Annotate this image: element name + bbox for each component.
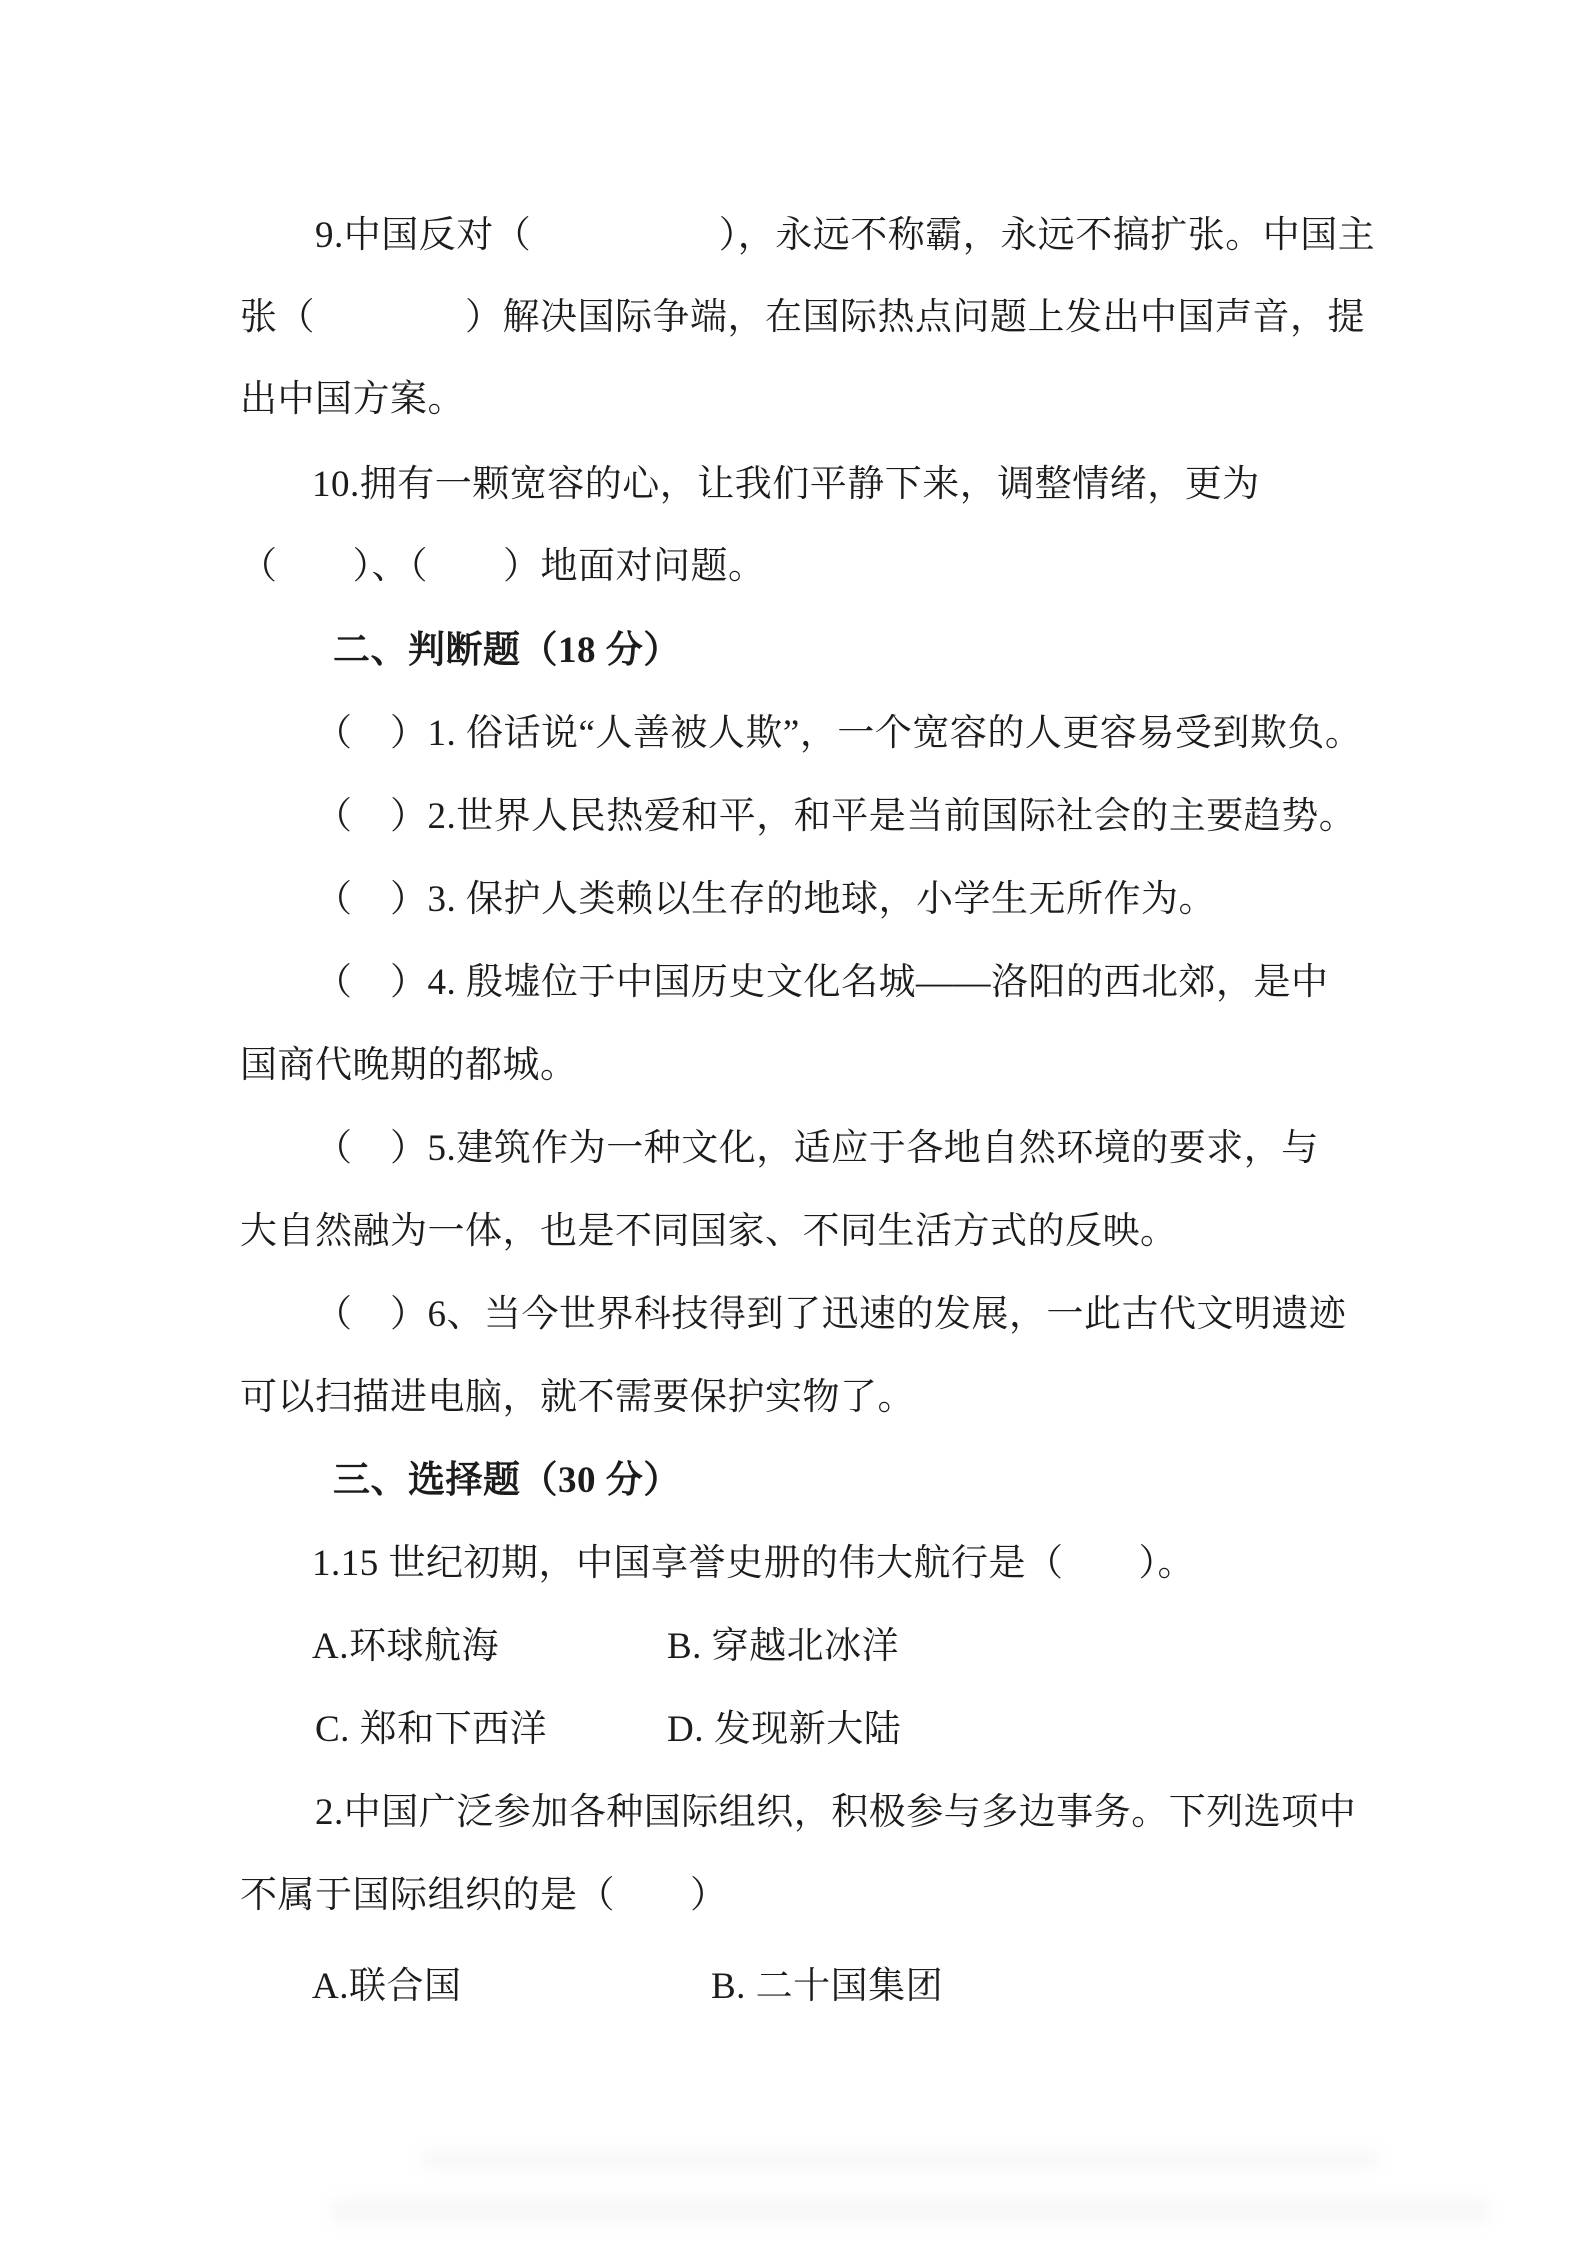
choice-q2-line-1: 2.中国广泛参加各种国际组织，积极参与多边事务。下列选项中 [315, 1771, 1356, 1854]
q10-line-2: （ ）、（ ）地面对问题。 [240, 525, 766, 608]
choice-q2-option-b: B. 二十国集团 [711, 1945, 943, 2028]
choice-q2-line-2: 不属于国际组织的是（ ） [240, 1854, 728, 1937]
q9-line-1: 9.中国反对（ ），永远不称霸，永远不搞扩张。中国主 [315, 194, 1375, 277]
q9-line-3: 出中国方案。 [240, 358, 465, 441]
judgment-item-5-line-2: 大自然融为一体，也是不同国家、不同生活方式的反映。 [240, 1190, 1178, 1273]
judgment-item-4-line-1: （ ）4. 殷墟位于中国历史文化名城——洛阳的西北郊，是中 [315, 941, 1329, 1024]
judgment-section-heading: 二、判断题（18 分） [333, 609, 681, 692]
choice-q1-text: 1.15 世纪初期，中国享誉史册的伟大航行是（ ）。 [312, 1522, 1195, 1605]
judgment-item-6-line-1: （ ）6、当今世界科技得到了迅速的发展，一此古代文明遗迹 [315, 1273, 1347, 1356]
judgment-item-2: （ ）2.世界人民热爱和平，和平是当前国际社会的主要趋势。 [315, 775, 1356, 858]
choice-q1-option-b: B. 穿越北冰洋 [667, 1605, 899, 1688]
choice-q2-option-a: A.联合国 [312, 1945, 461, 2028]
faint-watermark [330, 2198, 1490, 2224]
choice-section-heading: 三、选择题（30 分） [333, 1439, 681, 1522]
judgment-item-4-line-2: 国商代晚期的都城。 [240, 1024, 578, 1107]
judgment-item-1: （ ）1. 俗话说“人善被人欺”，一个宽容的人更容易受到欺负。 [315, 692, 1362, 775]
faint-watermark [420, 2148, 1380, 2170]
q9-line-2: 张（ ）解决国际争端，在国际热点问题上发出中国声音，提 [240, 276, 1365, 359]
document-page: 9.中国反对（ ），永远不称霸，永远不搞扩张。中国主 张（ ）解决国际争端，在国… [0, 0, 1587, 2245]
judgment-item-3: （ ）3. 保护人类赖以生存的地球，小学生无所作为。 [315, 858, 1216, 941]
judgment-item-6-line-2: 可以扫描进电脑，就不需要保护实物了。 [240, 1356, 915, 1439]
choice-q1-option-a: A.环球航海 [312, 1605, 499, 1688]
choice-q1-option-c: C. 郑和下西洋 [315, 1688, 547, 1771]
choice-q1-option-d: D. 发现新大陆 [667, 1688, 901, 1771]
q10-line-1: 10.拥有一颗宽容的心，让我们平静下来，调整情绪，更为 [312, 443, 1260, 526]
judgment-item-5-line-1: （ ）5.建筑作为一种文化，适应于各地自然环境的要求，与 [315, 1107, 1319, 1190]
